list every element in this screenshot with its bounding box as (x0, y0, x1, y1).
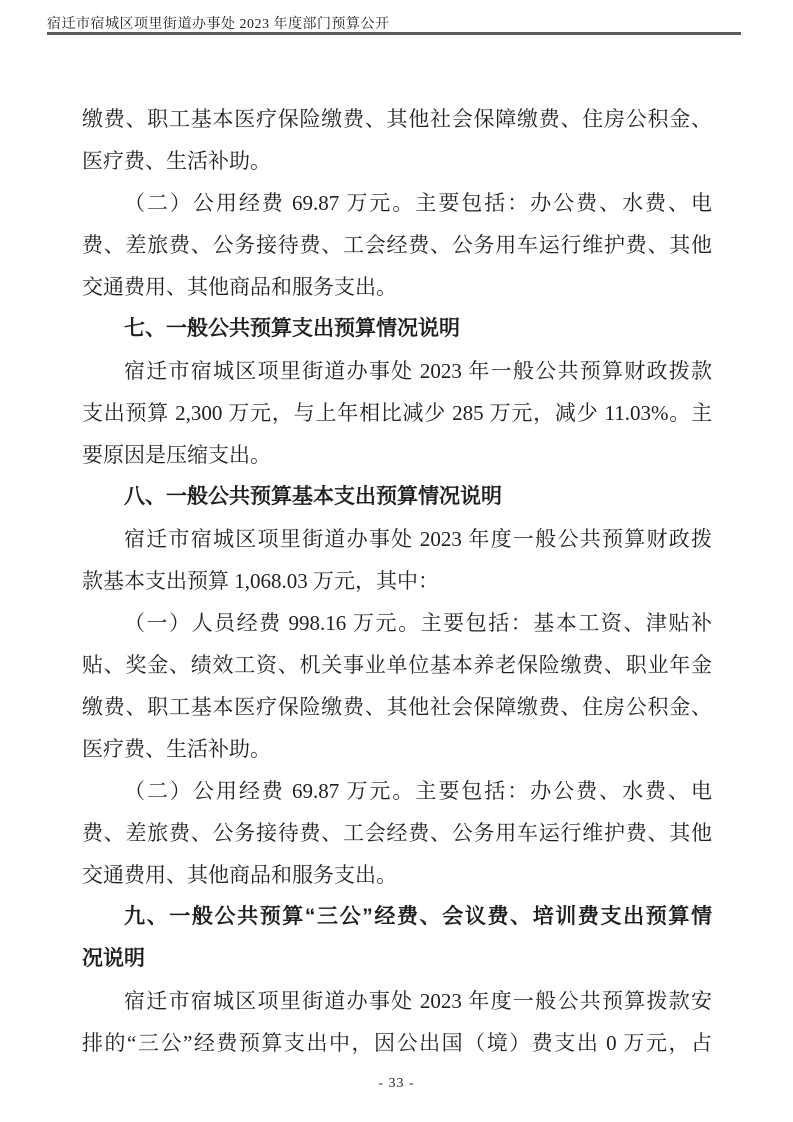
page-header-title: 宿迁市宿城区项里街道办事处 2023 年度部门预算公开 (47, 13, 741, 33)
para-personnel-expense-tail: 缴费、职工基本医疗保险缴费、其他社会保障缴费、住房公积金、 医疗费、生活补助。 (82, 98, 712, 182)
text-line: 医疗费、生活补助。 (82, 140, 712, 182)
text-line: （二）公用经费 69.87 万元。主要包括：办公费、水费、电 (82, 182, 712, 224)
para-public-expense-2: （二）公用经费 69.87 万元。主要包括：办公费、水费、电 费、差旅费、公务接… (82, 770, 712, 896)
text-line: 费、差旅费、公务接待费、工会经费、公务用车运行维护费、其他 (82, 812, 712, 854)
para-section-7-body: 宿迁市宿城区项里街道办事处 2023 年一般公共预算财政拨款 支出预算 2,30… (82, 350, 712, 476)
text-line: 宿迁市宿城区项里街道办事处 2023 年度一般公共预算财政拨 (82, 518, 712, 560)
text-line: 要原因是压缩支出。 (82, 434, 712, 476)
text-line: 支出预算 2,300 万元，与上年相比减少 285 万元，减少 11.03%。主 (82, 392, 712, 434)
document-page: 宿迁市宿城区项里街道办事处 2023 年度部门预算公开 缴费、职工基本医疗保险缴… (0, 0, 793, 1122)
page-number: - 33 - (0, 1076, 793, 1092)
text-line: 费、差旅费、公务接待费、工会经费、公务用车运行维护费、其他 (82, 224, 712, 266)
text-line: 交通费用、其他商品和服务支出。 (82, 854, 712, 896)
header-rule (47, 32, 741, 35)
text-line: 交通费用、其他商品和服务支出。 (82, 266, 712, 308)
text-line: 医疗费、生活补助。 (82, 728, 712, 770)
text-line: 排的“三公”经费预算支出中，因公出国（境）费支出 0 万元，占 (82, 1022, 712, 1064)
heading-line: 八、一般公共预算基本支出预算情况说明 (82, 476, 712, 518)
para-section-8-intro: 宿迁市宿城区项里街道办事处 2023 年度一般公共预算财政拨 款基本支出预算 1… (82, 518, 712, 602)
document-body: 缴费、职工基本医疗保险缴费、其他社会保障缴费、住房公积金、 医疗费、生活补助。 … (82, 98, 712, 1064)
text-line: 缴费、职工基本医疗保险缴费、其他社会保障缴费、住房公积金、 (82, 686, 712, 728)
heading-line: 九、一般公共预算“三公”经费、会议费、培训费支出预算情 (82, 896, 712, 938)
para-section-9-body: 宿迁市宿城区项里街道办事处 2023 年度一般公共预算拨款安 排的“三公”经费预… (82, 980, 712, 1064)
heading-section-8: 八、一般公共预算基本支出预算情况说明 (82, 476, 712, 518)
text-line: （二）公用经费 69.87 万元。主要包括：办公费、水费、电 (82, 770, 712, 812)
text-line: 宿迁市宿城区项里街道办事处 2023 年度一般公共预算拨款安 (82, 980, 712, 1022)
heading-line: 七、一般公共预算支出预算情况说明 (82, 308, 712, 350)
text-line: （一）人员经费 998.16 万元。主要包括：基本工资、津贴补 (82, 602, 712, 644)
heading-section-7: 七、一般公共预算支出预算情况说明 (82, 308, 712, 350)
para-public-expense: （二）公用经费 69.87 万元。主要包括：办公费、水费、电 费、差旅费、公务接… (82, 182, 712, 308)
heading-section-9: 九、一般公共预算“三公”经费、会议费、培训费支出预算情 况说明 (82, 896, 712, 980)
para-personnel-expense: （一）人员经费 998.16 万元。主要包括：基本工资、津贴补 贴、奖金、绩效工… (82, 602, 712, 770)
text-line: 贴、奖金、绩效工资、机关事业单位基本养老保险缴费、职业年金 (82, 644, 712, 686)
text-line: 缴费、职工基本医疗保险缴费、其他社会保障缴费、住房公积金、 (82, 98, 712, 140)
heading-line: 况说明 (82, 938, 712, 980)
text-line: 宿迁市宿城区项里街道办事处 2023 年一般公共预算财政拨款 (82, 350, 712, 392)
text-line: 款基本支出预算 1,068.03 万元，其中： (82, 560, 712, 602)
